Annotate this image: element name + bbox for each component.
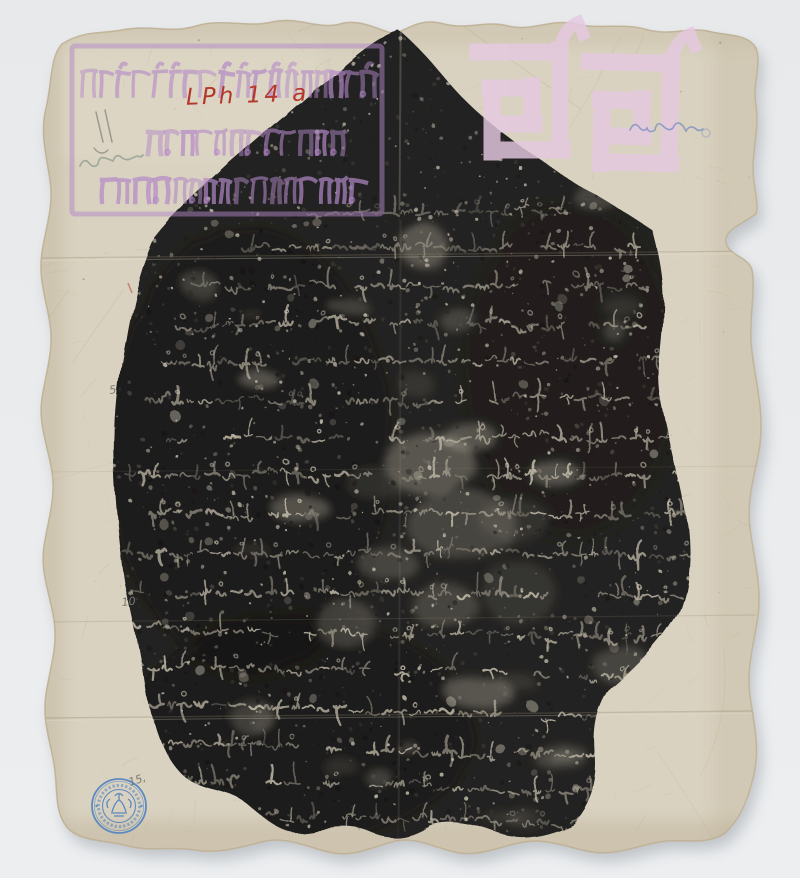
scene: LPh 14 a 5 10 15, [0,0,800,878]
catalog-label-text: LPh 14 a [186,80,310,110]
catalog-label: LPh 14 a [186,80,310,110]
margin-number-10: 10 [121,595,136,609]
photo-of-ink-rubbing: LPh 14 a 5 10 15, [0,0,800,878]
